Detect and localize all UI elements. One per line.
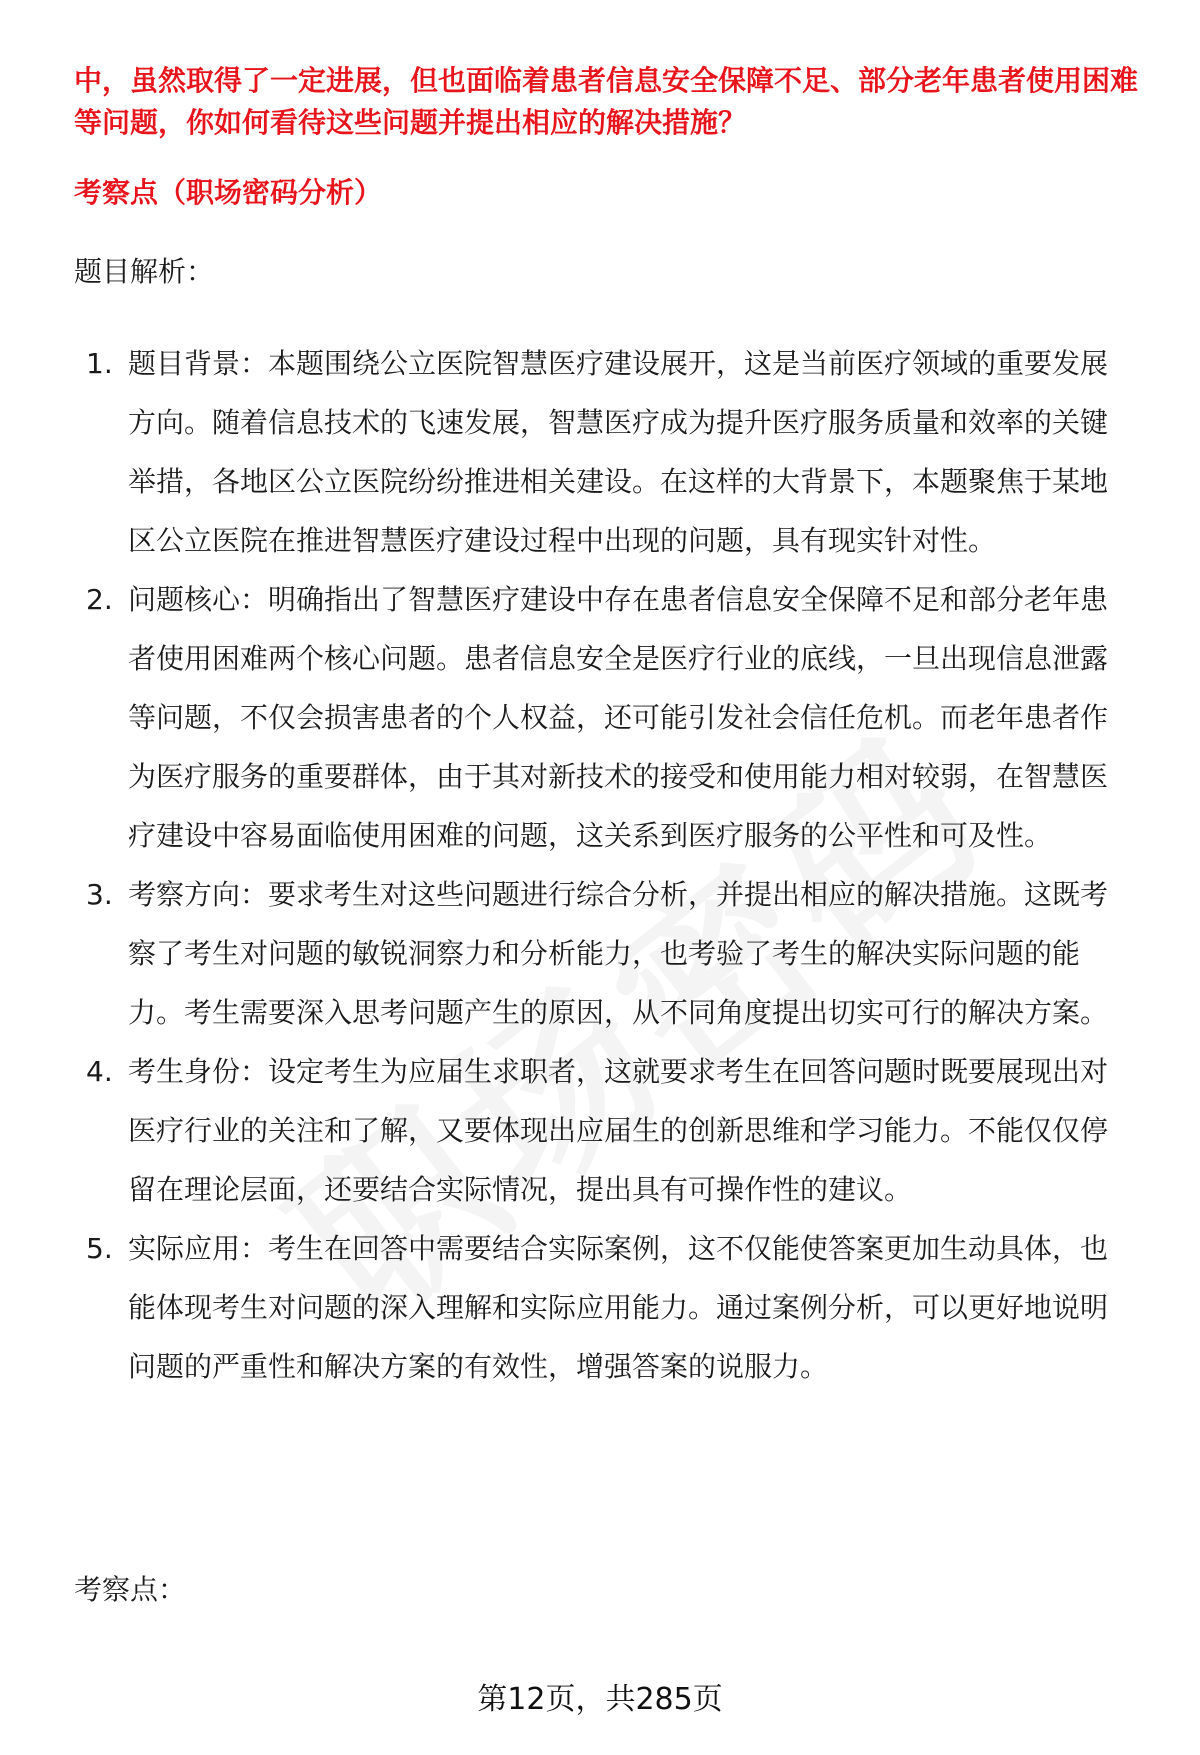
list-item-text: 实际应用：考生在回答中需要结合实际案例，这不仅能使答案更加生动具体，也能体现考生…: [128, 1232, 1108, 1383]
list-item-text: 题目背景：本题围绕公立医院智慧医疗建设展开，这是当前医疗领域的重要发展方向。随着…: [128, 347, 1108, 557]
analysis-item: 1. 题目背景：本题围绕公立医院智慧医疗建设展开，这是当前医疗领域的重要发展方向…: [74, 334, 1134, 570]
section-title: 考察点（职场密码分析）: [74, 172, 1144, 214]
analysis-list: 1. 题目背景：本题围绕公立医院智慧医疗建设展开，这是当前医疗领域的重要发展方向…: [74, 334, 1134, 1396]
list-item-text: 考生身份：设定考生为应届生求职者，这就要求考生在回答问题时既要展现出对医疗行业的…: [128, 1055, 1108, 1206]
list-number: 2.: [86, 570, 113, 629]
analysis-item: 2. 问题核心：明确指出了智慧医疗建设中存在患者信息安全保障不足和部分老年患者使…: [74, 570, 1134, 865]
analysis-item: 4. 考生身份：设定考生为应届生求职者，这就要求考生在回答问题时既要展现出对医疗…: [74, 1042, 1134, 1219]
list-item-text: 考察方向：要求考生对这些问题进行综合分析，并提出相应的解决措施。这既考察了考生对…: [128, 878, 1108, 1029]
analysis-item: 3. 考察方向：要求考生对这些问题进行综合分析，并提出相应的解决措施。这既考察了…: [74, 865, 1134, 1042]
list-number: 3.: [86, 865, 113, 924]
analysis-item: 5. 实际应用：考生在回答中需要结合实际案例，这不仅能使答案更加生动具体，也能体…: [74, 1219, 1134, 1396]
list-number: 1.: [86, 334, 113, 393]
document-page: 职场密码 中，虽然取得了一定进展，但也面临着患者信息安全保障不足、部分老年患者使…: [0, 0, 1200, 1755]
list-number: 4.: [86, 1042, 113, 1101]
list-number: 5.: [86, 1219, 113, 1278]
page-indicator: 第12页，共285页: [0, 1680, 1200, 1720]
analysis-label: 题目解析：: [74, 252, 214, 292]
question-text: 中，虽然取得了一定进展，但也面临着患者信息安全保障不足、部分老年患者使用困难等问…: [74, 60, 1144, 144]
list-item-text: 问题核心：明确指出了智慧医疗建设中存在患者信息安全保障不足和部分老年患者使用困难…: [128, 583, 1108, 852]
points-label: 考察点：: [74, 1570, 186, 1610]
